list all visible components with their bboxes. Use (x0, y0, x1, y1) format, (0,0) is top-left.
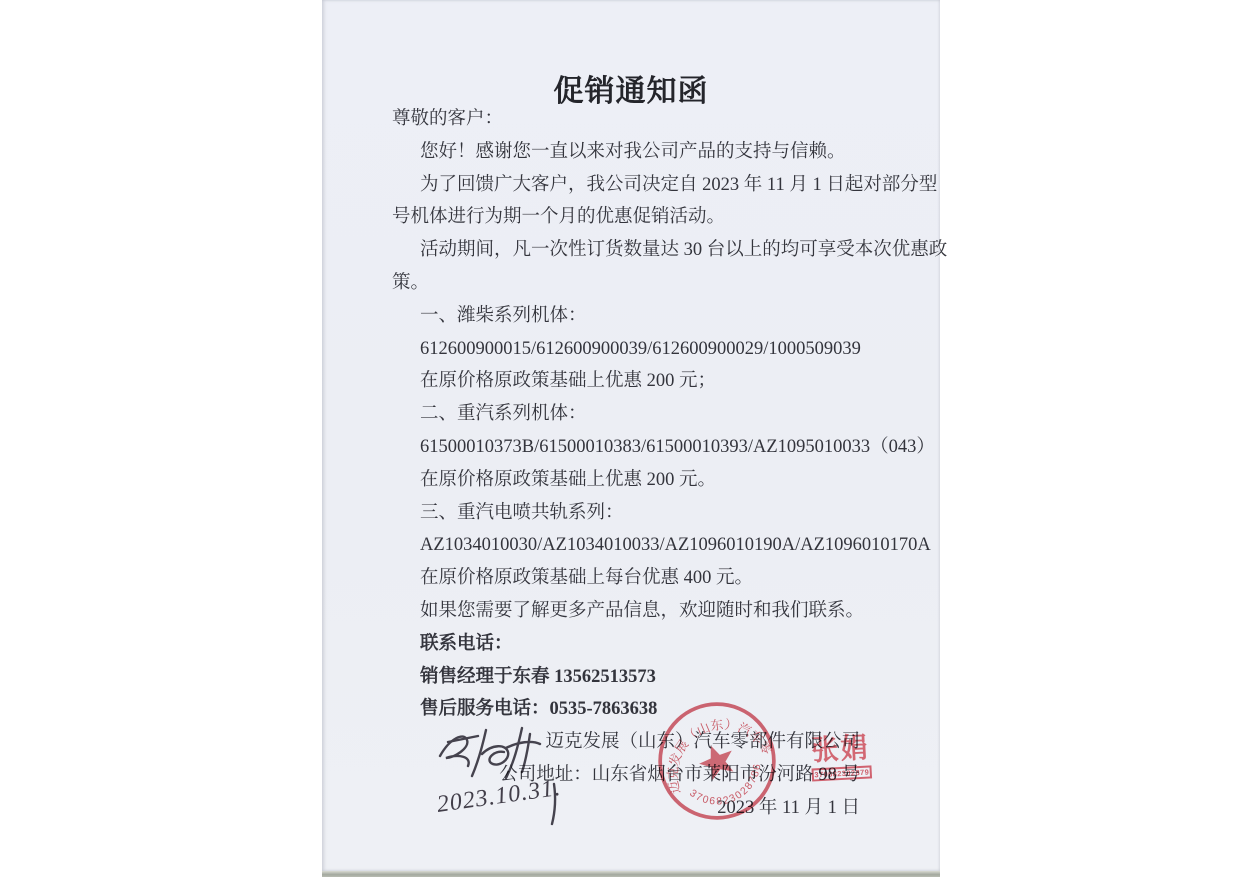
doc-line: 在原价格原政策基础上优惠 200 元； (392, 365, 880, 398)
doc-line: 在原价格原政策基础上优惠 200 元。 (392, 464, 880, 497)
doc-line-sales-phone: 销售经理于东春 13562513573 (392, 661, 880, 694)
doc-line-item-3: 三、重汽电喷共轨系列： (392, 497, 880, 530)
doc-line-codes-3: AZ1034010030/AZ1034010033/AZ1096010190A/… (392, 529, 880, 562)
doc-line: 您好！感谢您一直以来对我公司产品的支持与信赖。 (392, 136, 880, 169)
doc-line-item-2: 二、重汽系列机体： (392, 398, 880, 431)
doc-line: 为了回馈广大客户，我公司决定自 2023 年 11 月 1 日起对部分型 (392, 169, 880, 202)
scanned-letter-canvas: { "doc": { "title": "促销通知函", "lines": [ … (0, 0, 1252, 877)
doc-line: 号机体进行为期一个月的优惠促销活动。 (392, 201, 880, 234)
doc-line-contact-header: 联系电话： (392, 628, 880, 661)
personal-name-seal: 张娟 370682302879 (807, 734, 875, 782)
doc-line-item-1: 一、潍柴系列机体： (392, 300, 880, 333)
document-page: 促销通知函 尊敬的客户： 您好！感谢您一直以来对我公司产品的支持与信赖。 为了回… (322, 0, 940, 871)
handwritten-date: 2023.10.31. (435, 775, 562, 818)
doc-line: 活动期间，凡一次性订货数量达 30 台以上的均可享受本次优惠政 (392, 234, 880, 267)
document-body: 尊敬的客户： 您好！感谢您一直以来对我公司产品的支持与信赖。 为了回馈广大客户，… (392, 103, 880, 825)
seal-number-text: 370682302879 (811, 765, 872, 781)
doc-line-codes-2: 61500010373B/61500010383/61500010393/AZ1… (392, 431, 880, 464)
doc-line: 策。 (392, 267, 880, 300)
doc-line-codes-1: 612600900015/612600900039/612600900029/1… (392, 333, 880, 366)
doc-line: 在原价格原政策基础上每台优惠 400 元。 (392, 562, 880, 595)
seal-name-text: 张娟 (807, 734, 874, 766)
doc-line-salutation: 尊敬的客户： (392, 103, 880, 136)
page-bottom-edge-shadow (322, 871, 940, 877)
stamp-star-icon (695, 739, 740, 782)
doc-line: 如果您需要了解更多产品信息，欢迎随时和我们联系。 (392, 595, 880, 628)
handwritten-signature: 2023.10.31. (434, 720, 594, 840)
